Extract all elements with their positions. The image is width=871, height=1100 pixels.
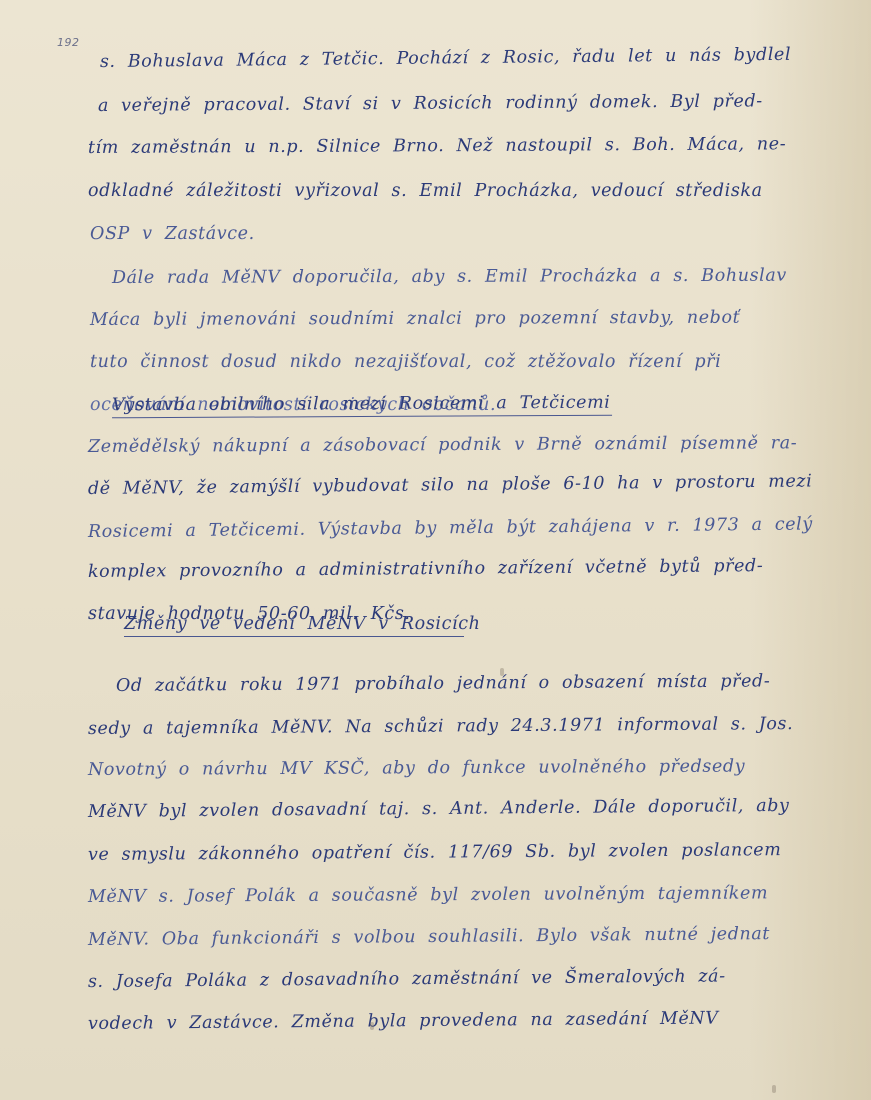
text-line: Novotný o návrhu MV KSČ, aby do funkce u… — [88, 757, 745, 780]
page-number: 192 — [57, 36, 80, 49]
section-heading-leadership-changes: Změny ve vedení MěNV v Rosicích — [124, 614, 464, 637]
paper-smudge — [500, 668, 504, 676]
text-line: Dále rada MěNV doporučila, aby s. Emil P… — [112, 266, 787, 288]
text-line: vodech v Zastávce. Změna byla provedena … — [88, 1008, 719, 1034]
text-line: komplex provozního a administrativního z… — [88, 556, 764, 582]
text-line: ve smyslu zákonného opatření čís. 117/69… — [88, 840, 782, 865]
text-line: Rosicemi a Tetčicemi. Výstavba by měla b… — [88, 514, 813, 542]
text-line: Zemědělský nákupní a zásobovací podnik v… — [88, 433, 797, 457]
text-line: OSP v Zastávce. — [90, 224, 255, 244]
text-line: tuto činnost dosud nikdo nezajišťoval, c… — [90, 352, 721, 372]
text-line: MěNV. Oba funkcionáři s volbou souhlasil… — [88, 924, 770, 950]
text-line: s. Josefa Poláka z dosavadního zaměstnán… — [88, 966, 726, 992]
text-line: MěNV s. Josef Polák a současně byl zvole… — [88, 883, 768, 907]
text-line: dě MěNV, že zamýšlí vybudovat silo na pl… — [88, 471, 813, 499]
text-line: odkladné záležitosti vyřizoval s. Emil P… — [88, 181, 763, 201]
text-line: tím zaměstnán u n.p. Silnice Brno. Než n… — [88, 134, 786, 158]
document-page: 192 s. Bohuslava Máca z Tetčic. Pochází … — [0, 0, 871, 1100]
section-heading-silo: Výstavba obilního sila mezi Rosicemi a T… — [112, 393, 612, 419]
text-line: a veřejně pracoval. Staví si v Rosicích … — [98, 91, 763, 116]
text-line: Od začátku roku 1971 probíhalo jednání o… — [116, 671, 771, 696]
text-line: Máca byli jmenováni soudními znalci pro … — [90, 308, 740, 330]
text-line: sedy a tajemníka MěNV. Na schůzi rady 24… — [88, 714, 793, 739]
text-line: s. Bohuslava Máca z Tetčic. Pochází z Ro… — [100, 45, 791, 72]
paper-smudge — [370, 1022, 374, 1030]
text-line: MěNV byl zvolen dosavadní taj. s. Ant. A… — [88, 796, 790, 822]
paper-smudge — [772, 1085, 776, 1093]
